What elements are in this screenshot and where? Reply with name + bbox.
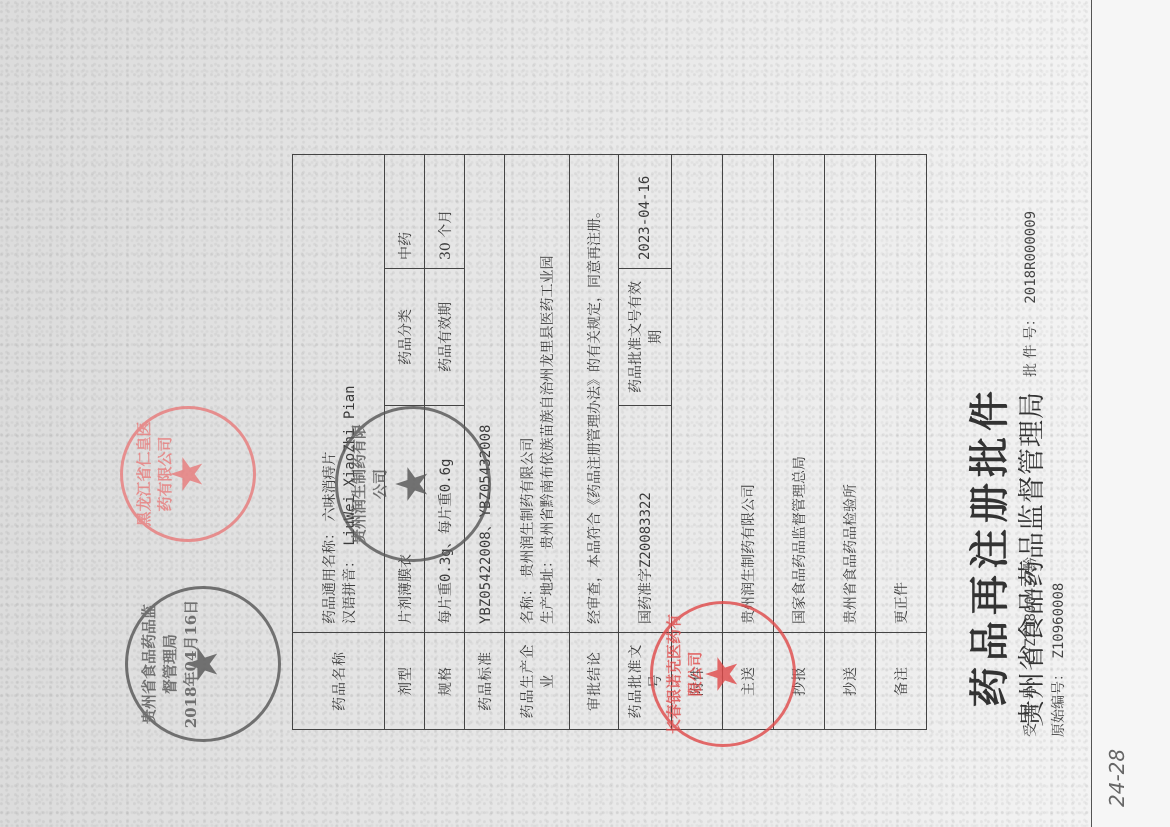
- original-number-label: 原始编号：: [1051, 667, 1067, 737]
- acceptance-number-label: 受 理 号：: [1023, 672, 1039, 737]
- standard-label: 药品标准: [465, 633, 505, 730]
- acceptance-number: 受 理 号： CYZZ1800437黔: [1020, 557, 1040, 737]
- pinyin-name: 汉语拼音： LiuWei XiaoZhi Pian: [339, 163, 359, 624]
- original-number-value: Z10960008: [1051, 583, 1067, 659]
- spec-label: 规格: [425, 633, 465, 730]
- stamp-agency: ★ 贵州省食品药品监督管理局 2018年04月16日: [125, 586, 281, 742]
- stamp-changchun-text: 长春银诺克医药有限公司: [663, 614, 783, 734]
- dosage-form-label: 剂型: [385, 633, 425, 730]
- stamp-runsheng-text: 贵州润生制药有限公司: [348, 419, 478, 549]
- document-page: 贵州省食品药品监督管理局 药品再注册批件 原始编号： Z10960008 受 理…: [0, 0, 1170, 827]
- stamp-changchun: ★ 长春银诺克医药有限公司: [650, 601, 796, 747]
- approval-number-value: 2018R000009: [1023, 211, 1039, 304]
- original-number: 原始编号： Z10960008: [1048, 583, 1068, 737]
- manufacturer-cell: 名称： 贵州润生制药有限公司 生产地址： 贵州省黔南布依族苗族自治州龙里县医药工…: [505, 155, 570, 633]
- manufacturer-label: 药品生产企业: [505, 633, 570, 730]
- approval-number-label: 批 件 号：: [1023, 312, 1039, 377]
- approval-validity-value: 2023-04-16: [619, 155, 672, 269]
- manufacturer-name: 名称： 贵州润生制药有限公司: [517, 163, 537, 624]
- approval-validity-label: 药品批准文号有效期: [619, 269, 672, 406]
- conclusion-label: 审批结论: [570, 633, 619, 730]
- cc-value: 贵州省食品药品检验所: [825, 155, 876, 633]
- drug-name-cell: 药品通用名称： 六味消痔片 汉语拼音： LiuWei XiaoZhi Pian: [293, 155, 385, 633]
- table-row: 审批结论 经审查，本品符合《药品注册管理办法》的有关规定，同意再注册。: [570, 155, 619, 730]
- conclusion-value: 经审查，本品符合《药品注册管理办法》的有关规定，同意再注册。: [570, 155, 619, 633]
- acceptance-number-value: CYZZ1800437黔: [1023, 557, 1039, 664]
- drug-name-label: 药品名称: [293, 633, 385, 730]
- report-to-value: 国家食品药品监督管理总局: [774, 155, 825, 633]
- table-row: 抄送 贵州省食品药品检验所: [825, 155, 876, 730]
- main-recipient-value: 贵州润生制药有限公司: [723, 155, 774, 633]
- category-value: 中药: [385, 155, 425, 269]
- validity-value: 30 个月: [425, 155, 465, 269]
- remarks-value: 更正件: [875, 155, 926, 633]
- validity-label: 药品有效期: [425, 269, 465, 406]
- stamp-agency-text: 贵州省食品药品监督管理局 2018年04月16日: [138, 599, 268, 729]
- generic-name: 药品通用名称： 六味消痔片: [319, 163, 339, 624]
- cc-label: 抄送: [825, 633, 876, 730]
- stamp-runsheng: ★ 贵州润生制药有限公司: [335, 406, 491, 562]
- remarks-label: 备注: [875, 633, 926, 730]
- document-title: 药品再注册批件: [958, 385, 1015, 707]
- table-row: 备注 更正件: [875, 155, 926, 730]
- stamp-heilongjiang: ★ 黑龙江省仁皇医药有限公司: [120, 406, 256, 542]
- approval-doc-value: 国药准字Z20083322: [619, 406, 672, 633]
- approval-number: 批 件 号： 2018R000009: [1020, 211, 1040, 377]
- manufacturer-address: 生产地址： 贵州省黔南布依族苗族自治州龙里县医药工业园: [537, 163, 557, 624]
- attachment-value: [672, 155, 723, 633]
- handwritten-note: 24-28: [1105, 749, 1129, 807]
- stamp-heilongjiang-text: 黑龙江省仁皇医药有限公司: [133, 419, 243, 529]
- table-row: 药品生产企业 名称： 贵州润生制药有限公司 生产地址： 贵州省黔南布依族苗族自治…: [505, 155, 570, 730]
- category-label: 药品分类: [385, 269, 425, 406]
- standard-value: YBZ05422008、YBZ05432008: [465, 155, 505, 633]
